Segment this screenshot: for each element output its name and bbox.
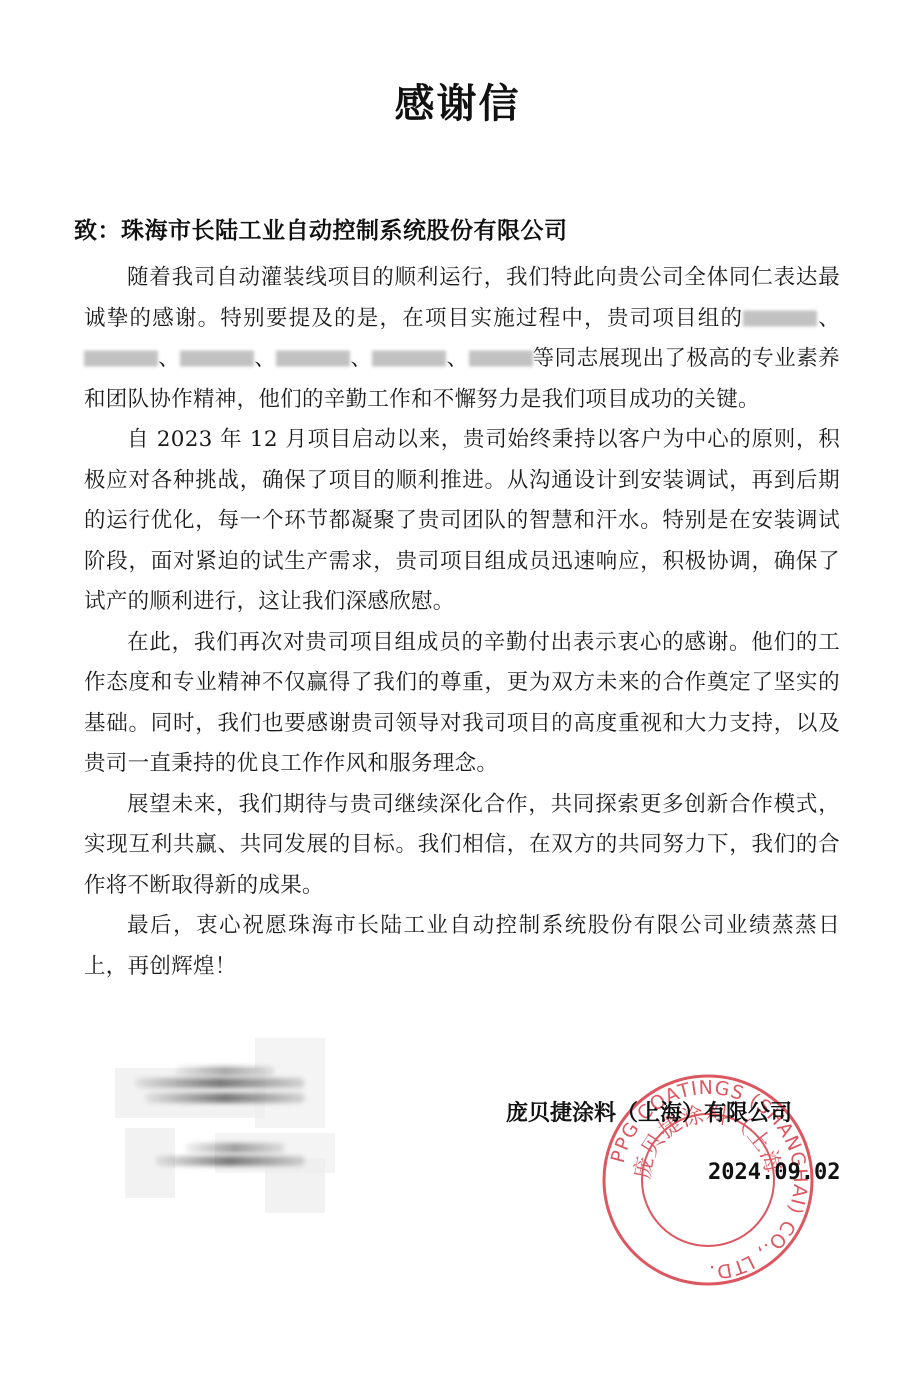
separator: 、 xyxy=(158,346,180,371)
redacted-name xyxy=(84,351,158,367)
paragraph-4: 展望未来，我们期待与贵司继续深化合作，共同探索更多创新合作模式，实现互利共赢、共… xyxy=(84,785,840,907)
recipient-line: 致：珠海市长陆工业自动控制系统股份有限公司 xyxy=(74,212,568,245)
redacted-signature xyxy=(115,1038,335,1208)
redacted-name xyxy=(276,351,350,367)
paragraph-3: 在此，我们再次对贵司项目组成员的辛勤付出表示衷心的感谢。他们的工作态度和专业精神… xyxy=(84,623,840,785)
paragraph-1: 随着我司自动灌装线项目的顺利运行，我们特此向贵公司全体同仁表达最诚挚的感谢。特别… xyxy=(84,258,840,420)
separator: 、 xyxy=(350,346,372,371)
separator: 、 xyxy=(254,346,276,371)
sender-company: 庞贝捷涂料（上海）有限公司 xyxy=(506,1096,792,1127)
redacted-name xyxy=(743,311,817,327)
paragraph-5: 最后，衷心祝愿珠海市长陆工业自动控制系统股份有限公司业绩蒸蒸日上，再创辉煌！ xyxy=(84,906,840,987)
paragraph-2: 自 2023 年 12 月项目启动以来，贵司始终秉持以客户为中心的原则，积极应对… xyxy=(84,420,840,623)
paragraph-1-text-start: 随着我司自动灌装线项目的顺利运行，我们特此向贵公司全体同仁表达最诚挚的感谢。特别… xyxy=(84,265,840,331)
letter-date: 2024.09.02 xyxy=(708,1160,840,1185)
letter-body: 随着我司自动灌装线项目的顺利运行，我们特此向贵公司全体同仁表达最诚挚的感谢。特别… xyxy=(84,258,840,987)
separator: 、 xyxy=(446,346,468,371)
redacted-name xyxy=(469,351,533,367)
letter-title: 感谢信 xyxy=(0,72,915,129)
redacted-name xyxy=(372,351,446,367)
redacted-name xyxy=(180,351,254,367)
separator: 、 xyxy=(817,306,840,331)
